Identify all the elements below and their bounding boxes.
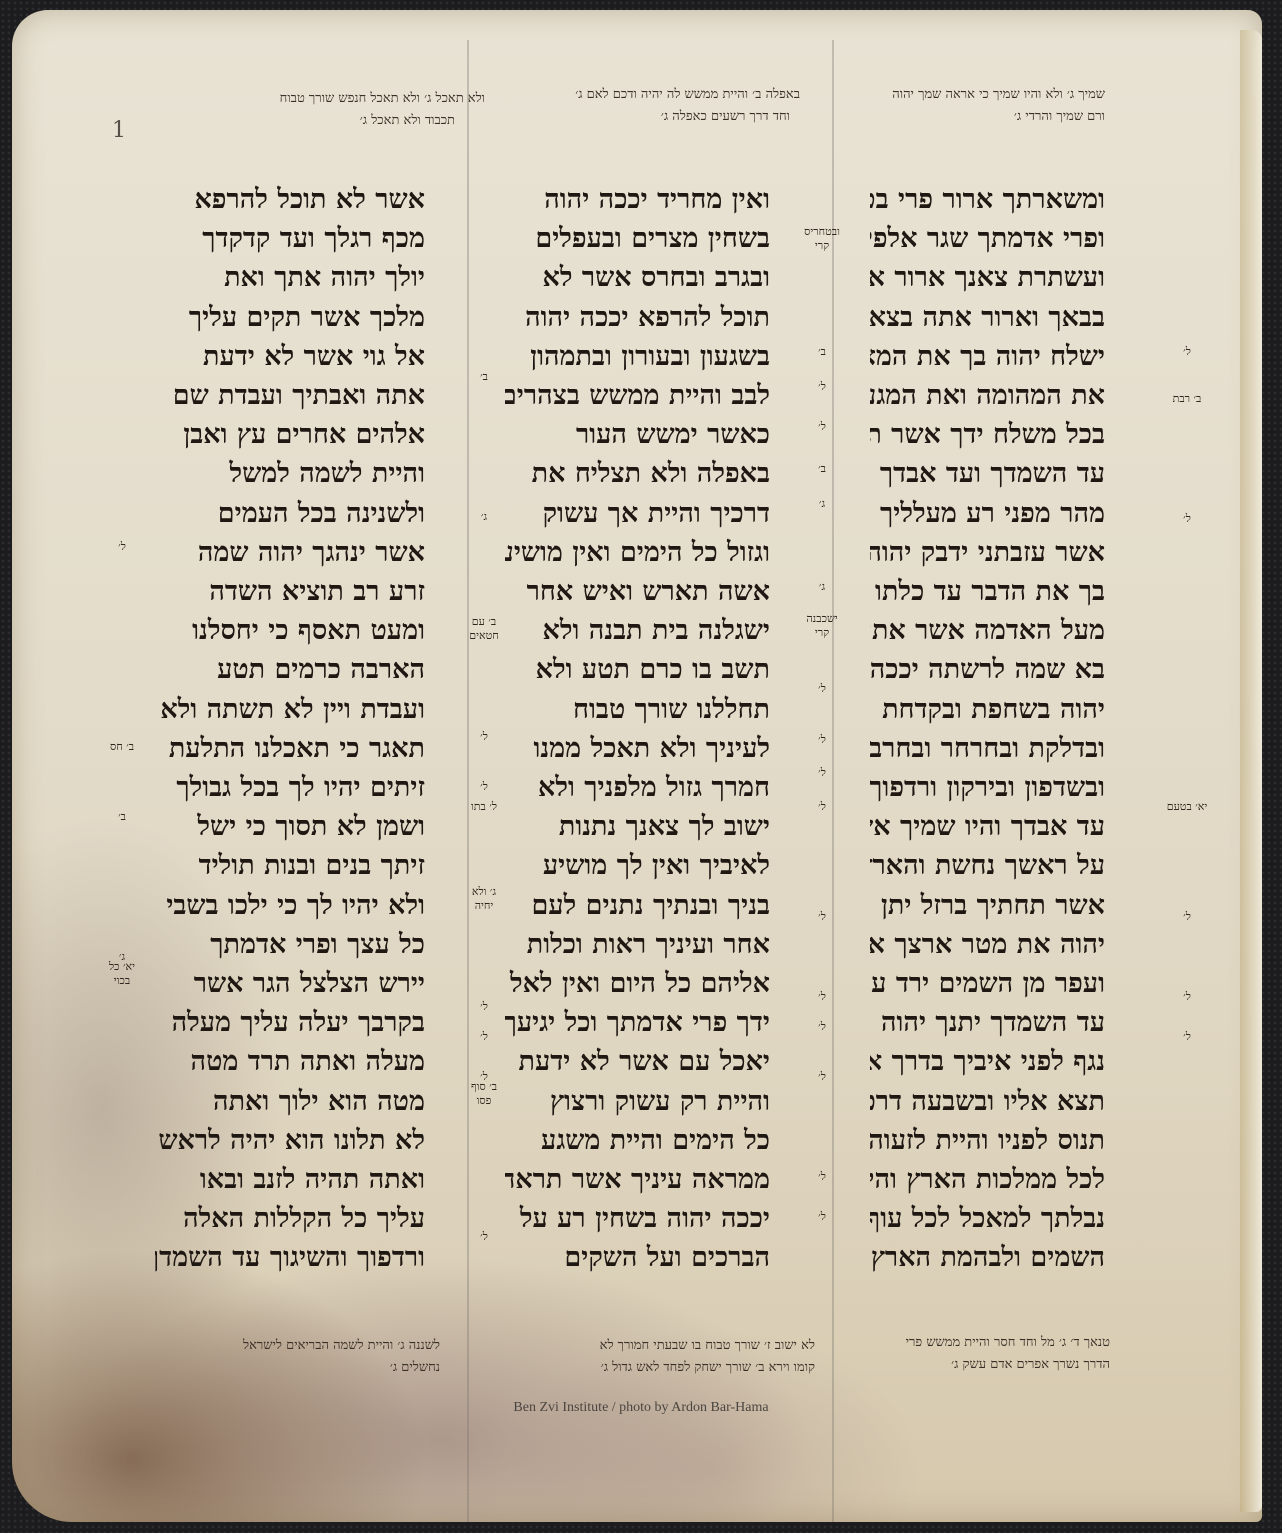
margin-note: ב׳ (800, 345, 844, 359)
margin-note: ג׳ (800, 580, 844, 594)
text-line: אשר ינהגך יהוה שמה (155, 533, 425, 572)
text-line: בך את הדבר עד כלתו אתך (870, 572, 1105, 611)
text-line: בניך ובנתיך נתנים לעם (505, 886, 770, 925)
text-line: ישגלנה בית תבנה ולא (505, 611, 770, 650)
margin-note: ל׳ (462, 1230, 506, 1244)
text-line: יאכל עם אשר לא ידעת (505, 1042, 770, 1081)
margin-note: ל׳ (1165, 345, 1209, 359)
margin-note: ב׳ (100, 810, 144, 824)
margin-note: ל׳ (800, 990, 844, 1004)
margin-note: ל׳ (462, 1000, 506, 1014)
text-line: מכף רגלך ועד קדקדך (155, 219, 425, 258)
text-line: כל הימים והיית משגע (505, 1121, 770, 1160)
text-line: תאגר כי תאכלנו התלעת (155, 729, 425, 768)
text-line: עד השמדך יתנך יהוה (870, 1003, 1105, 1042)
text-line: אלהים אחרים עץ ואבן (155, 415, 425, 454)
text-line: לאיביך ואין לך מושיע (505, 846, 770, 885)
margin-note: ב׳ סוף פסו (462, 1080, 506, 1108)
margin-note: ב׳ (800, 462, 844, 476)
margin-note: ל׳ (1165, 990, 1209, 1004)
text-line: בא שמה לרשתה יככה (870, 650, 1105, 689)
margin-note: ב׳ חס (100, 740, 144, 754)
margin-note: ל׳ (800, 733, 844, 747)
text-line: ובשדפון ובירקון ורדפוך (870, 768, 1105, 807)
text-line: על ראשך נחשת והארץ (870, 846, 1105, 885)
margin-note: ל׳ (800, 800, 844, 814)
text-line: תחללנו שורך טבוח (505, 690, 770, 729)
margin-note: ב׳ עם חטאים (462, 615, 506, 643)
text-line: בשגעון ובעורון ובתמהון (505, 337, 770, 376)
text-line: והיית רק עשוק ורצוץ (505, 1082, 770, 1121)
masorah-line: באפלה ב׳ והיית ממשש לה יהיה ודכם לאם ג׳ (480, 84, 800, 106)
text-line: אליהם כל היום ואין לאל (505, 964, 770, 1003)
margin-note: ל׳ (800, 1070, 844, 1084)
text-line: הברכים ועל השקים (505, 1238, 770, 1277)
text-line: באפלה ולא תצליח את (505, 454, 770, 493)
text-column-right: ומשארתך ארור פרי בטנךופרי אדמתך שגר אלפי… (870, 180, 1105, 1278)
margin-note: יא׳ בטעם (1165, 800, 1209, 814)
masorah-bottom-middle: לא ישוב ז׳ שורך טבוח בו שבעתי חמורך לא ק… (495, 1335, 815, 1379)
text-line: ולשנינה בכל העמים (155, 494, 425, 533)
masorah-line: ורם שמיך והרדי ג׳ (845, 106, 1105, 128)
text-line: וגזול כל הימים ואין מושיע (505, 533, 770, 572)
text-line: לכל ממלכות הארץ והיתה (870, 1160, 1105, 1199)
text-line: נגף לפני איביך בדרך אחד (870, 1042, 1105, 1081)
masorah-line: ולא תאכל ג׳ ולא תאכל חנפש שורך טבוח (155, 88, 485, 110)
text-line: תוכל להרפא יככה יהוה (505, 298, 770, 337)
text-line: ומשארתך ארור פרי בטנך (870, 180, 1105, 219)
text-line: לעיניך ולא תאכל ממנו (505, 729, 770, 768)
masorah-bottom-right: טנאך ד׳ ג׳ מל וחד חסר והיית ממשש פרי הדר… (850, 1332, 1110, 1376)
text-line: מעלה ואתה תרד מטה (155, 1042, 425, 1081)
masorah-line: נחשלים ג׳ (150, 1357, 440, 1379)
margin-note: ג׳ (462, 510, 506, 524)
masorah-line: לשננה ג׳ והיית לשמה הבריאים לישראל (150, 1335, 440, 1357)
text-line: השמים ולבהמת הארץ (870, 1238, 1105, 1277)
text-line: ואתה תהיה לזנב ובאו (155, 1160, 425, 1199)
margin-note: ל׳ (800, 682, 844, 696)
fold-line-right (832, 40, 834, 1522)
text-line: ובדלקת ובחרחר ובחרב (870, 729, 1105, 768)
margin-note: ל׳ (1165, 512, 1209, 526)
text-line: לבב והיית ממשש בצהרים (505, 376, 770, 415)
text-line: בכל משלח ידך אשר תעשה (870, 415, 1105, 454)
text-line: את המהומה ואת המגערת (870, 376, 1105, 415)
text-line: ולא יהיו לך כי ילכו בשבי (155, 886, 425, 925)
margin-note: ל׳ (800, 1170, 844, 1184)
text-line: ועשתרת צאנך ארור אתה (870, 258, 1105, 297)
text-line: יהוה בשחפת ובקדחת (870, 690, 1105, 729)
text-line: ידך פרי אדמתך וכל יגיעך (505, 1003, 770, 1042)
text-line: ישוב לך צאנך נתנות (505, 807, 770, 846)
text-line: תצא אליו ובשבעה דרכים (870, 1082, 1105, 1121)
text-line: בקרבך יעלה עליך מעלה (155, 1003, 425, 1042)
text-line: יולך יהוה אתך ואת (155, 258, 425, 297)
margin-note: ל׳ (800, 1020, 844, 1034)
text-line: זיתך בנים ובנות תוליד (155, 846, 425, 885)
text-line: מטה הוא ילוך ואתה (155, 1082, 425, 1121)
text-line: אשר תחתיך ברזל יתן (870, 886, 1105, 925)
margin-note: ל׳ (1165, 910, 1209, 924)
text-line: ומעט תאסף כי יחסלנו (155, 611, 425, 650)
masorah-line: תכבוד ולא תאכל ג׳ (155, 110, 485, 132)
text-line: ישלח יהוה בך את המארה (870, 337, 1105, 376)
margin-note: ל׳ (462, 730, 506, 744)
text-line: מעל האדמה אשר אתה (870, 611, 1105, 650)
masorah-line: לא ישוב ז׳ שורך טבוח בו שבעתי חמורך לא (495, 1335, 815, 1357)
text-line: תנוס לפניו והיית לזעוה (870, 1121, 1105, 1160)
margin-note: ל׳ (800, 766, 844, 780)
text-line: בשחין מצרים ובעפלים (505, 219, 770, 258)
text-line: עד אבדך והיו שמיך אשר (870, 807, 1105, 846)
masorah-top-right: שמיך ג׳ ולא והיו שמיך כי אראה שמך יהוה ו… (845, 84, 1105, 128)
text-line: בבאך וארור אתה בצאתך (870, 298, 1105, 337)
margin-note: ל׳ (462, 780, 506, 794)
text-line: ורדפוך והשיגוך עד השמדך (155, 1238, 425, 1277)
masorah-top-middle: באפלה ב׳ והיית ממשש לה יהיה ודכם לאם ג׳ … (480, 84, 800, 128)
text-line: ובגרב ובחרס אשר לא (505, 258, 770, 297)
text-line: אל גוי אשר לא ידעת (155, 337, 425, 376)
text-line: מהר מפני רע מעלליך (870, 494, 1105, 533)
text-line: והיית לשמה למשל (155, 454, 425, 493)
margin-note: ובטחריס קרי (800, 225, 844, 253)
text-column-left: אשר לא תוכל להרפאמכף רגלך ועד קדקדךיולך … (155, 180, 425, 1278)
masorah-line: קומו וירא ב׳ שורך ישחק לפחד לאש גדול ג׳ (495, 1357, 815, 1379)
text-line: יהוה את מטר ארצך אבק (870, 925, 1105, 964)
text-line: כאשר ימשש העור (505, 415, 770, 454)
text-line: חמרך גזול מלפניך ולא (505, 768, 770, 807)
margin-note: ל׳ (800, 380, 844, 394)
text-line: אחר ועיניך ראות וכלות (505, 925, 770, 964)
page-right-edge (1240, 30, 1262, 1512)
photo-credit: Ben Zvi Institute / photo by Ardon Bar-H… (0, 1400, 1282, 1416)
text-line: זיתים יהיו לך בכל גבולך (155, 768, 425, 807)
margin-note: יא׳ כל בכוי (100, 960, 144, 988)
text-line: יירש הצלצל הגר אשר (155, 964, 425, 1003)
masorah-line: טנאך ד׳ ג׳ מל וחד חסר והיית ממשש פרי (850, 1332, 1110, 1354)
text-line: ואין מחריד יככה יהוה (505, 180, 770, 219)
text-line: אשר עזבתני ידבק יהוה (870, 533, 1105, 572)
masorah-top-left: ולא תאכל ג׳ ולא תאכל חנפש שורך טבוח תכבו… (155, 88, 485, 132)
text-line: עליך כל הקללות האלה (155, 1199, 425, 1238)
text-line: ועבדת ויין לא תשתה ולא (155, 690, 425, 729)
masorah-line: שמיך ג׳ ולא והיו שמיך כי אראה שמך יהוה (845, 84, 1105, 106)
margin-note: ג׳ ולא יחיה (462, 885, 506, 913)
text-line: דרכיך והיית אך עשוק (505, 494, 770, 533)
text-line: תשב בו כרם תטע ולא (505, 650, 770, 689)
text-column-middle: ואין מחריד יככה יהוהבשחין מצרים ובעפליםו… (505, 180, 770, 1278)
margin-note: ל׳ (800, 1210, 844, 1224)
margin-note: ג׳ (800, 497, 844, 511)
text-line: ושמן לא תסוך כי ישל (155, 807, 425, 846)
masorah-bottom-left: לשננה ג׳ והיית לשמה הבריאים לישראל נחשלי… (150, 1335, 440, 1379)
folio-mark: 1 (112, 118, 126, 143)
text-line: אשה תארש ואיש אחר (505, 572, 770, 611)
text-line: אתה ואבתיך ועבדת שם (155, 376, 425, 415)
text-line: לא תלונו הוא יהיה לראש (155, 1121, 425, 1160)
margin-note: ישכבנה קרי (800, 612, 844, 640)
text-line: זרע רב תוציא השדה (155, 572, 425, 611)
text-line: נבלתך למאכל לכל עוף (870, 1199, 1105, 1238)
masorah-line: וחד דרך רשעים כאפלה ג׳ (480, 106, 800, 128)
text-line: אשר לא תוכל להרפא (155, 180, 425, 219)
margin-note: ל׳ (462, 1030, 506, 1044)
margin-note: ל׳ בתו (462, 800, 506, 814)
margin-note: ל׳ (100, 540, 144, 554)
text-line: הארבה כרמים תטע (155, 650, 425, 689)
margin-note: ל׳ (800, 420, 844, 434)
margin-note: ל׳ (800, 910, 844, 924)
masorah-line: הדרך נשרך אפרים אדם עשק ג׳ (850, 1354, 1110, 1376)
text-line: ממראה עיניך אשר תראה (505, 1160, 770, 1199)
margin-note: ל׳ (1165, 1030, 1209, 1044)
margin-note: ב׳ (462, 370, 506, 384)
text-line: עד השמדך ועד אבדך (870, 454, 1105, 493)
text-line: ופרי אדמתך שגר אלפיך (870, 219, 1105, 258)
text-line: יככה יהוה בשחין רע על (505, 1199, 770, 1238)
text-line: ועפר מן השמים ירד עליך (870, 964, 1105, 1003)
margin-note: ב׳ רבת (1165, 392, 1209, 406)
text-line: מלכך אשר תקים עליך (155, 298, 425, 337)
text-line: כל עצך ופרי אדמתך (155, 925, 425, 964)
